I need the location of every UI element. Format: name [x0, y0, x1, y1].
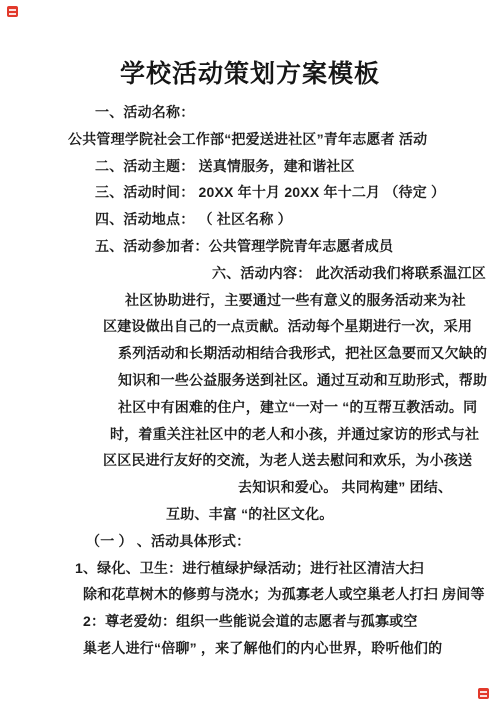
document-line: 去知识和爱心。 共同构建” 团结、	[238, 474, 500, 501]
document-line: 1、绿化、卫生：进行植绿护绿活动；进行社区清洁大扫	[75, 555, 500, 582]
document-line: 区区民进行友好的交流，为老人送去慰问和欢乐，为小孩送	[103, 447, 500, 474]
document-body: 一、活动名称：公共管理学院社会工作部“把爱送进社区”青年志愿者 活动二、活动主题…	[0, 99, 500, 662]
document-line: 互助、丰富 “的社区文化。	[166, 501, 500, 528]
red-watermark-icon	[478, 688, 489, 699]
red-watermark-icon	[7, 6, 18, 17]
watermark-detail	[9, 9, 16, 11]
page-title: 学校活动策划方案模板	[0, 54, 500, 90]
document-line: 区建设做出自己的一点贡献。活动每个星期进行一次，采用	[103, 313, 500, 340]
watermark-detail	[480, 691, 487, 693]
document-line: 时，着重关注社区中的老人和小孩，并通过家访的形式与社	[110, 421, 500, 448]
document-line: 六、活动内容： 此次活动我们将联系温江区	[212, 260, 500, 287]
document-line: 四、活动地点： （ 社区名称 ）	[95, 206, 500, 233]
document-line: 社区中有困难的住户，建立“一对一 “的互帮互教活动。同	[118, 394, 500, 421]
document-line: 知识和一些公益服务送到社区。通过互动和互助形式，帮助	[118, 367, 500, 394]
watermark-detail	[480, 695, 487, 697]
document-line: 社区协助进行，主要通过一些有意义的服务活动来为社	[125, 287, 500, 314]
watermark-detail	[9, 13, 16, 15]
document-line: 一、活动名称：	[95, 99, 500, 126]
document-line: 2：尊老爱幼：组织一些能说会道的志愿者与孤寡或空	[83, 608, 500, 635]
document-line: 系列活动和长期活动相结合我形式，把社区急要而又欠缺的	[118, 340, 500, 367]
document-line: （一 ） 、活动具体形式：	[86, 528, 500, 555]
document-line: 五、活动参加者：公共管理学院青年志愿者成员	[95, 233, 500, 260]
document-line: 巢老人进行“倍聊” ，来了解他们的内心世界，聆听他们的	[83, 635, 500, 662]
document-page: 学校活动策划方案模板 一、活动名称：公共管理学院社会工作部“把爱送进社区”青年志…	[0, 0, 500, 708]
document-line: 三、活动时间： 20XX 年十月 20XX 年十二月 （待定 ）	[95, 179, 500, 206]
document-line: 公共管理学院社会工作部“把爱送进社区”青年志愿者 活动	[68, 126, 500, 153]
document-line: 除和花草树木的修剪与浇水；为孤寡老人或空巢老人打扫 房间等	[83, 581, 500, 608]
document-line: 二、活动主题： 送真情服务，建和谐社区	[95, 153, 500, 180]
